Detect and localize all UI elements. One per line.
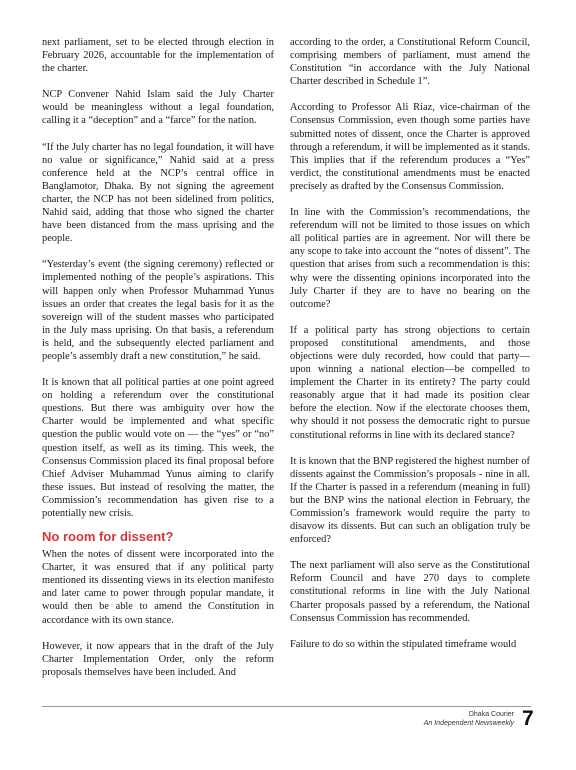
paragraph: If a political party has strong objectio… [290, 324, 530, 442]
paragraph: NCP Convener Nahid Islam said the July C… [42, 88, 274, 127]
page-number: 7 [522, 708, 534, 730]
paragraph: It is known that the BNP registered the … [290, 455, 530, 547]
footer-divider [42, 706, 531, 707]
section-subheading: No room for dissent? [42, 529, 274, 545]
page-footer: Dhaka Courier An Independent Newsweekly [424, 711, 514, 728]
paragraph: “Yesterday’s event (the signing ceremony… [42, 258, 274, 363]
paragraph: according to the order, a Constitutional… [290, 36, 530, 88]
paragraph: The next parliament will also serve as t… [290, 559, 530, 624]
left-column: next parliament, set to be elected throu… [42, 36, 274, 692]
paragraph: It is known that all political parties a… [42, 376, 274, 520]
publication-tagline: An Independent Newsweekly [424, 720, 514, 729]
paragraph: next parliament, set to be elected throu… [42, 36, 274, 75]
paragraph: However, it now appears that in the draf… [42, 640, 274, 679]
publication-name: Dhaka Courier [424, 711, 514, 720]
paragraph: “If the July charter has no legal founda… [42, 141, 274, 246]
paragraph: In line with the Commission’s recommenda… [290, 206, 530, 311]
right-column: according to the order, a Constitutional… [290, 36, 530, 664]
paragraph: Failure to do so within the stipulated t… [290, 638, 530, 651]
paragraph: According to Professor Ali Riaz, vice-ch… [290, 101, 530, 193]
paragraph: When the notes of dissent were incorpora… [42, 548, 274, 627]
